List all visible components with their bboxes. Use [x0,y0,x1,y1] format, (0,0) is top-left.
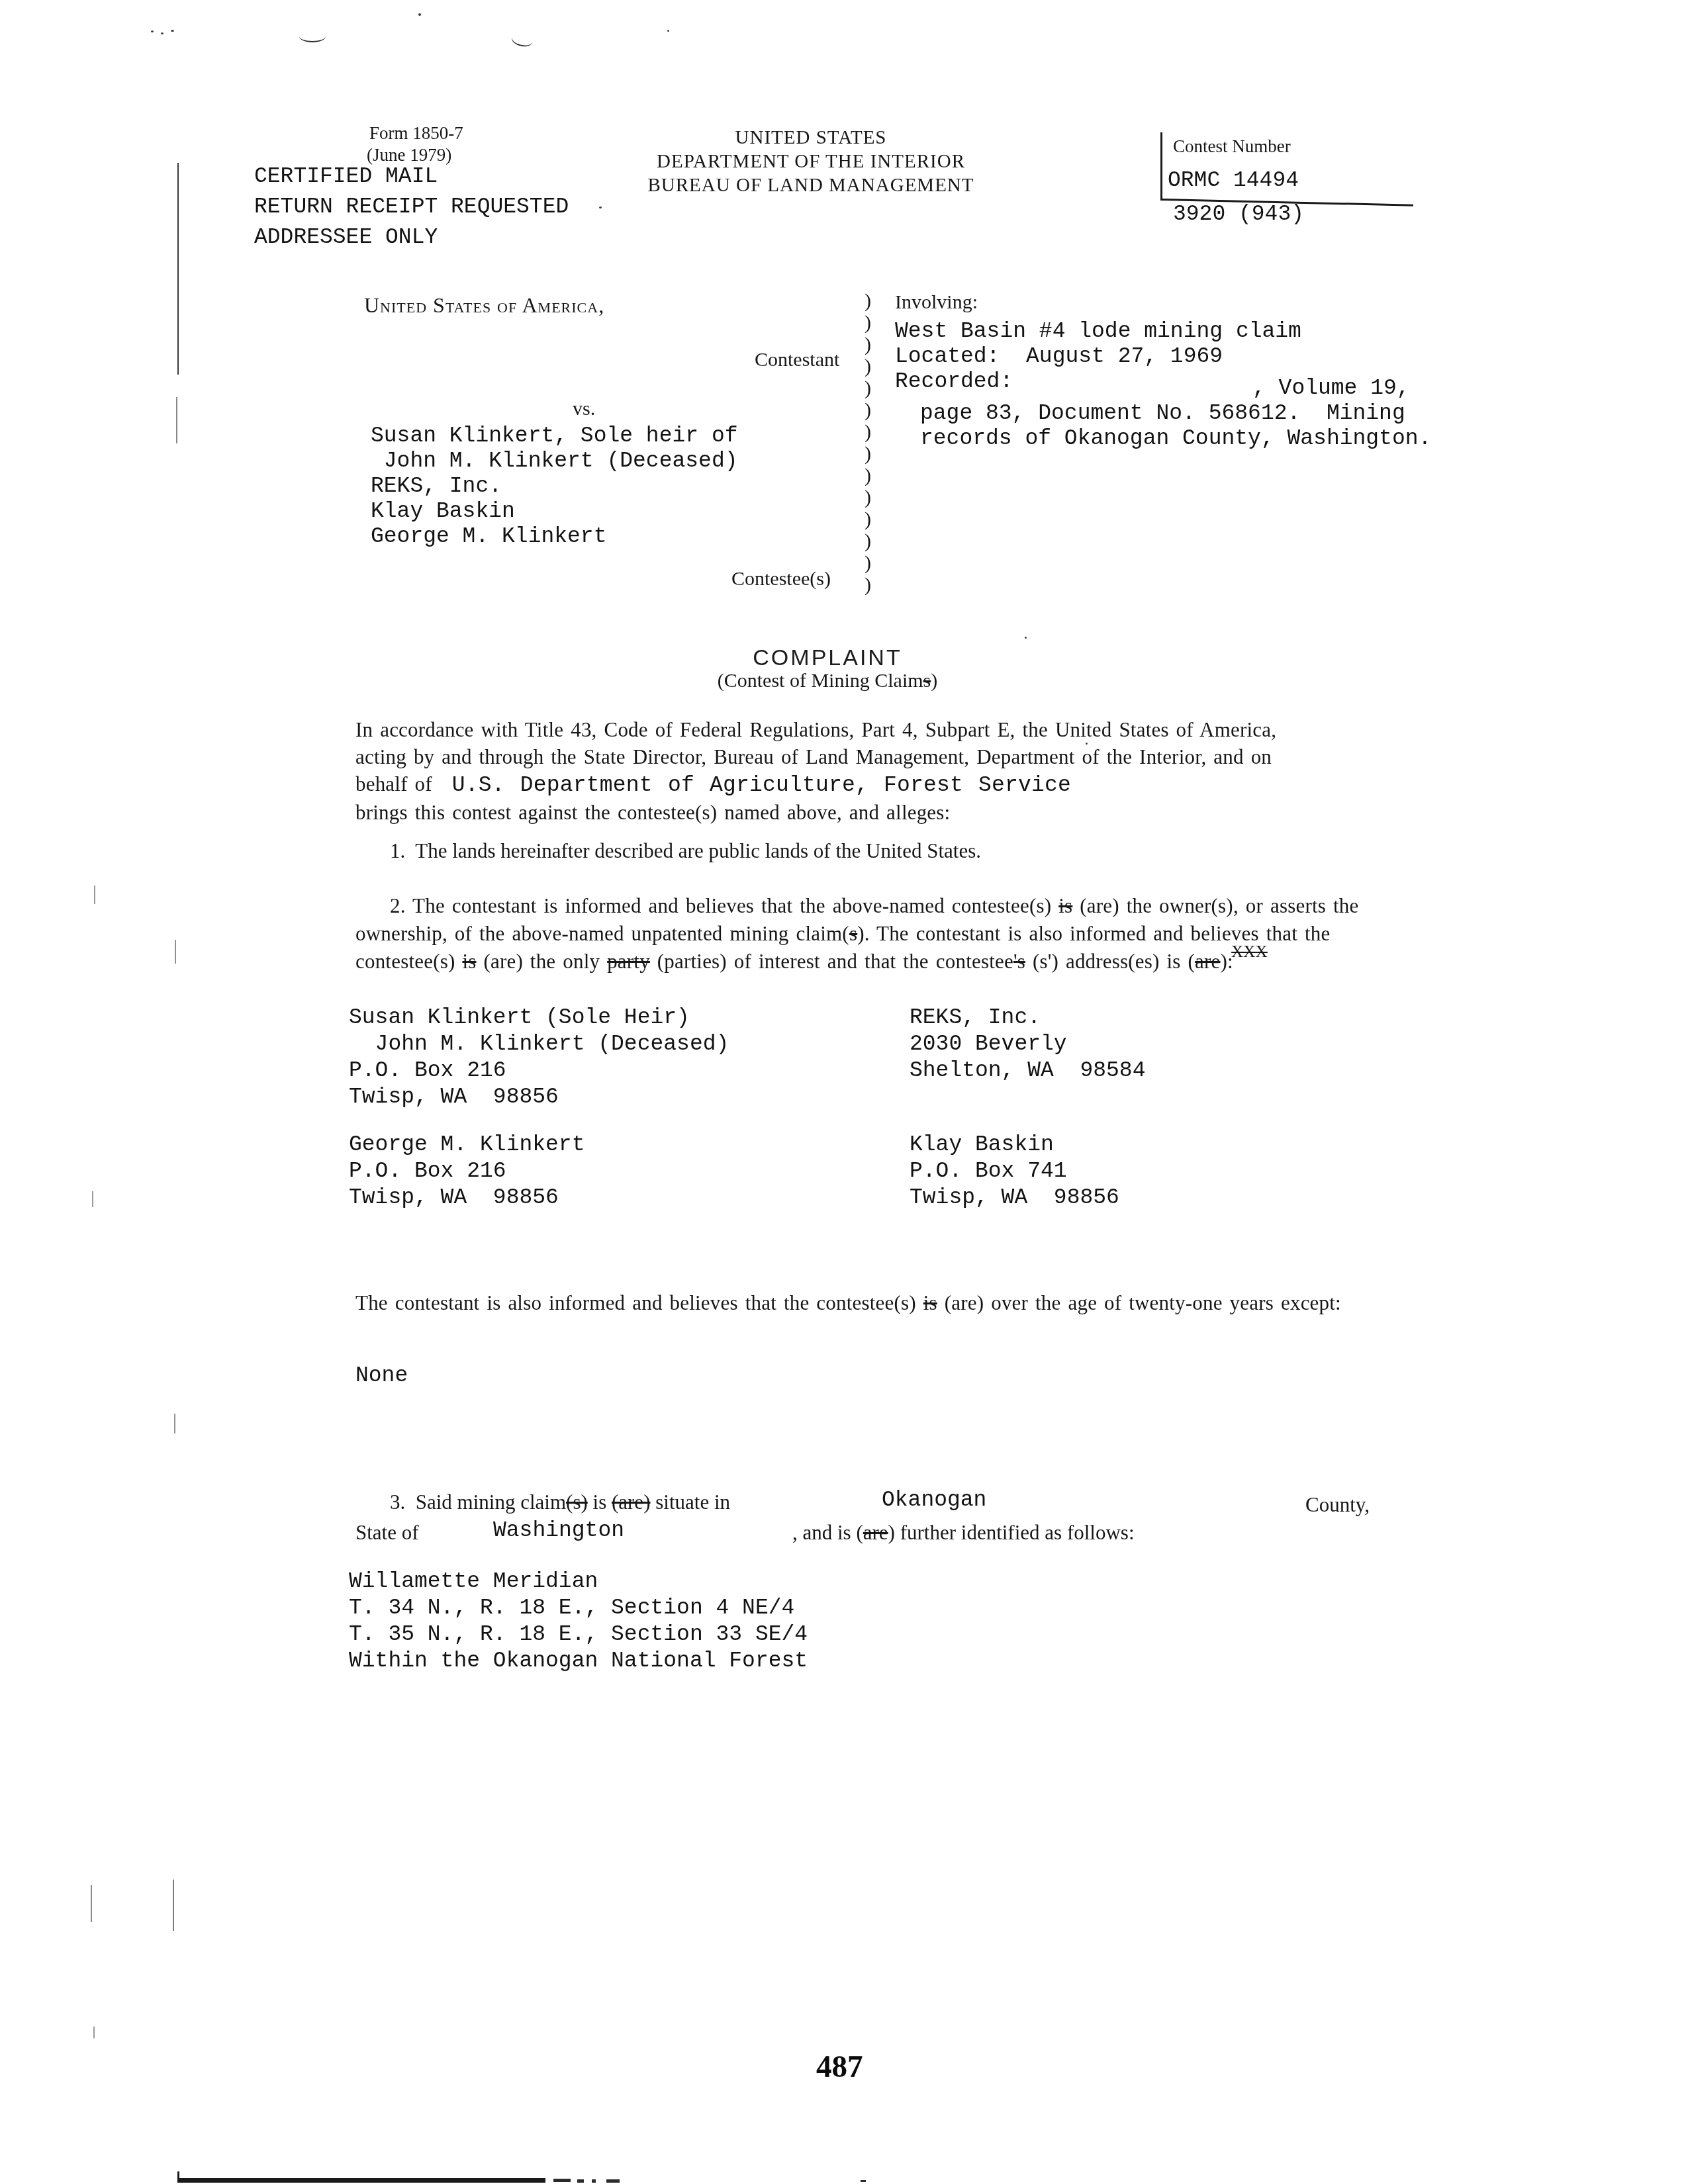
scan-margin-line [175,940,176,964]
contest-number-label: Contest Number [1173,136,1291,157]
contestee-list: Susan Klinkert, Sole heir of John M. Kli… [371,424,738,549]
allegation-3-tail: , and is (are) further identified as fol… [792,1521,1135,1545]
bottom-bar-tick [177,2171,179,2179]
involving-recorded-label: Recorded: [895,369,1013,394]
address-reks-inc: REKS, Inc. 2030 Beverly Shelton, WA 9858… [910,1005,1145,1084]
scan-speckle [161,32,164,34]
document-subtitle: (Contest of Mining Claims) [596,670,1059,692]
alleg2-struck-is-1: is [1058,894,1072,917]
age-exception-answer: None [355,1363,408,1388]
intro-line3-prefix: behalf of [355,772,432,796]
allegation-3-lead: 3. Said mining claim(s) is (are) situate… [390,1490,730,1514]
scan-margin-tick [92,1191,93,1207]
a3-tail-open: , and is ( [792,1521,863,1544]
alleg2-struck-party: party [607,950,650,973]
subtitle-struck-s: s [923,670,931,692]
scan-speckle [171,30,174,32]
county-entry: Okanogan [882,1488,986,1512]
a3-seg2-text: is [588,1490,612,1514]
scan-dash [553,2179,571,2182]
intro-typed-entry: U.S. Department of Agriculture, Forest S… [452,773,1071,797]
alleg2-struck-s: s [849,922,857,945]
a3-seg3-text: situate in [650,1490,730,1514]
alleg2-struck-is-2: is [462,950,476,973]
age-seg2: (are) over the age of twenty-one years e… [937,1291,1341,1314]
scan-speckle [599,206,602,208]
file-code: 3920 (943) [1173,202,1304,226]
scan-speckle [667,30,669,32]
allegation-2: 2. The contestant is informed and believ… [355,892,1378,978]
subtitle-close: ) [931,670,937,692]
a3-seg1-text: 3. Said mining claim [390,1490,566,1514]
scan-margin-tick [93,2026,95,2038]
county-label: County, [1305,1493,1370,1517]
scan-squiggle [299,30,326,42]
a3-struck-are-1: (are) [612,1490,651,1514]
a3-struck-s: (s) [566,1490,588,1514]
a3-tail-close: ) further identified as follows: [888,1521,1135,1544]
age-clause: The contestant is also informed and beli… [355,1289,1378,1317]
scan-dash [577,2179,584,2183]
state-entry: Washington [493,1518,624,1543]
scan-margin-line [177,163,179,375]
involving-record-line3: records of Okanogan County, Washington. [920,426,1431,451]
scan-margin-tick [91,1885,92,1922]
subtitle-open: (Contest of Mining Claim [718,670,923,692]
scanned-document-page: { "header": { "form_number": "Form 1850-… [0,0,1688,2184]
scan-margin-line [173,1880,174,1931]
contest-box-left-border [1160,132,1162,200]
alleg2-struck-are: are [1195,950,1220,973]
contest-number-value: ORMC 14494 [1168,168,1299,193]
address-klay-baskin: Klay Baskin P.O. Box 741 Twisp, WA 98856 [910,1132,1119,1211]
certified-mail-block: CERTIFIED MAIL RETURN RECEIPT REQUESTED … [254,161,569,253]
agency-heading: UNITED STATES DEPARTMENT OF THE INTERIOR… [612,126,1009,197]
bottom-scan-bar [177,2178,545,2183]
involving-located-line: Located: August 27, 1969 [895,344,1223,369]
allegation-1: 1. The lands hereinafter described are p… [390,839,981,863]
scan-margin-tick [94,886,95,904]
intro-paragraph: In accordance with Title 43, Code of Fed… [355,716,1378,826]
involving-label: Involving: [895,291,978,314]
state-of-label: State of [355,1521,419,1545]
scan-speckle [1025,637,1027,639]
scan-speckle [1086,743,1088,745]
involving-claim-line: West Basin #4 lode mining claim [895,319,1301,343]
scan-margin-line [176,397,177,443]
scan-dash [592,2179,596,2183]
scan-dash [606,2179,620,2183]
versus-label: vs. [573,398,595,420]
caption-paren-column: ) ) ) ) ) ) ) ) ) ) ) ) ) ) [865,290,871,596]
scan-speckle [418,13,421,16]
form-number: Form 1850-7 [369,123,463,144]
intro-line2: acting by and through the State Director… [355,745,1272,768]
involving-volume-line: , Volume 19, [1252,376,1410,400]
alleg2-seg5: (parties) of interest and that the conte… [650,950,1013,973]
scan-speckle [151,30,154,32]
scan-squiggle [510,31,534,48]
alleg2-seg4: (are) the only [476,950,607,973]
intro-line1: In accordance with Title 43, Code of Fed… [355,718,1276,741]
scan-dash [861,2180,866,2182]
a3-struck-are-2: are [863,1521,888,1544]
alleg2-seg1: 2. The contestant is informed and believ… [390,894,1058,917]
address-george-klinkert: George M. Klinkert P.O. Box 216 Twisp, W… [349,1132,585,1211]
age-struck-is: is [923,1291,937,1314]
contestee-label: Contestee(s) [731,568,831,590]
document-title: COMPLAINT [662,645,993,671]
alleg2-seg6: (s') address(es) is ( [1025,950,1195,973]
age-seg1: The contestant is also informed and beli… [355,1291,923,1314]
land-description: Willamette Meridian T. 34 N., R. 18 E., … [349,1569,808,1674]
alleg2-struck-apos-s: 's [1013,950,1025,973]
address-susan-klinkert: Susan Klinkert (Sole Heir) John M. Klink… [349,1005,729,1111]
involving-record-line2: page 83, Document No. 568612. Mining [920,401,1405,426]
page-number: 487 [816,2049,863,2085]
plaintiff-name: United States of America, [364,293,604,318]
intro-line4: brings this contest against the conteste… [355,801,950,824]
scan-margin-line [174,1414,175,1433]
contestant-label: Contestant [755,349,839,371]
